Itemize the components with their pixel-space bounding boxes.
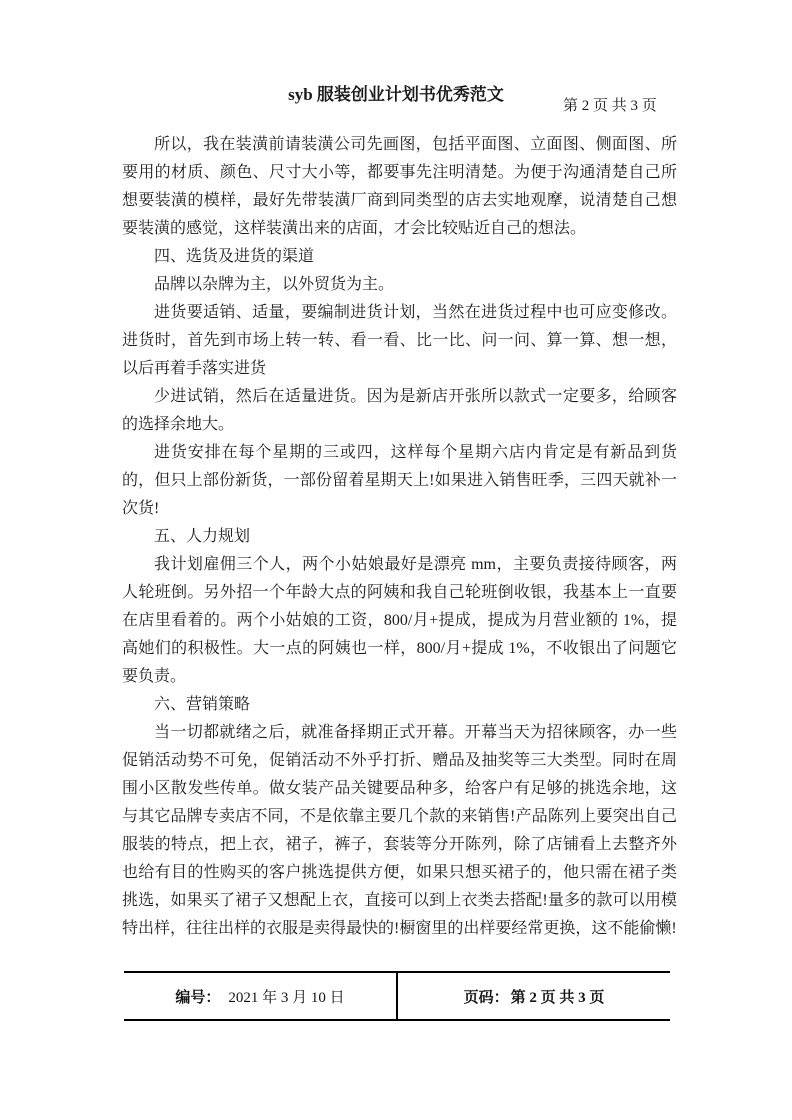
document-title: syb 服装创业计划书优秀范文 (0, 84, 792, 106)
document-body: 所以，我在装潢前请装潢公司先画图，包括平面图、立面图、侧面图、所要用的材质、颜色… (122, 131, 677, 943)
footer-page-label: 页码： (464, 986, 509, 1007)
paragraph-decoration-plans: 所以，我在装潢前请装潢公司先画图，包括平面图、立面图、侧面图、所要用的材质、颜色… (122, 131, 677, 243)
document-page: syb 服装创业计划书优秀范文 第 2 页 共 3 页 所以，我在装潢前请装潢公… (0, 0, 792, 1120)
paragraph-marketing-plan: 当一切都就绪之后，就准备择期正式开幕。开幕当天为招徕顾客，办一些促销活动势不可免… (122, 719, 677, 943)
footer-page-value: 第 2 页 共 3 页 (511, 986, 605, 1007)
paragraph-trial-stock: 少进试销，然后在适量进货。因为是新店开张所以款式一定要多，给顾客的选择余地大。 (122, 383, 677, 439)
section-heading-hr: 五、人力规划 (122, 523, 677, 551)
footer-page-cell: 页码： 第 2 页 共 3 页 (398, 973, 670, 1019)
paragraph-staffing: 我计划雇佣三个人，两个小姑娘最好是漂亮 mm，主要负责接待顾客，两人轮班倒。另外… (122, 551, 677, 691)
paragraph-restock-schedule: 进货安排在每个星期的三或四，这样每个星期六店内肯定是有新品到货的，但只上部份新货… (122, 439, 677, 523)
footer-number-value: 2021 年 3 月 10 日 (228, 986, 344, 1007)
footer-number-label: 编号： (175, 986, 220, 1007)
footer-number-cell: 编号： 2021 年 3 月 10 日 (124, 973, 398, 1019)
page-indicator: 第 2 页 共 3 页 (563, 97, 657, 115)
paragraph-brands: 品牌以杂牌为主，以外贸货为主。 (122, 271, 677, 299)
section-heading-sourcing: 四、选货及进货的渠道 (122, 243, 677, 271)
paragraph-purchase-plan: 进货要适销、适量，要编制进货计划，当然在进货过程中也可应变修改。进货时，首先到市… (122, 299, 677, 383)
section-heading-marketing: 六、营销策略 (122, 691, 677, 719)
footer-table: 编号： 2021 年 3 月 10 日 页码： 第 2 页 共 3 页 (124, 971, 670, 1021)
